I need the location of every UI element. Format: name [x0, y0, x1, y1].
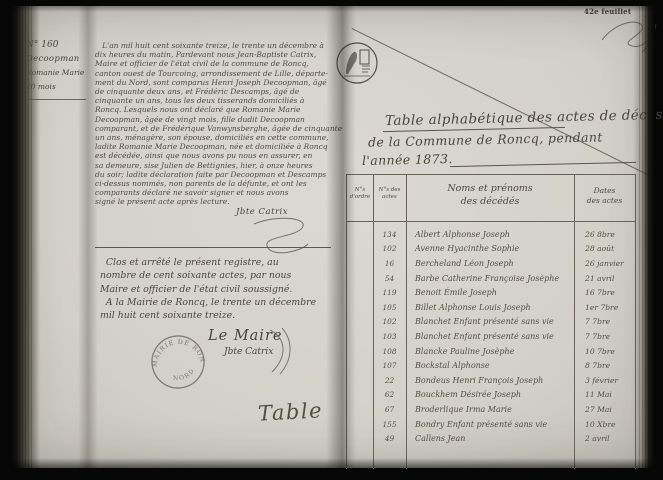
date-cell: 26 janvier [574, 259, 635, 268]
date-cell: 10 7bre [574, 347, 635, 356]
name-cell: Blanchet Enfant présenté sans vie [406, 317, 574, 326]
name-cell: Callens Jean [406, 434, 574, 443]
margin-act-number: N° 160 [26, 38, 92, 52]
table-row: 134Albert Alphonse Joseph26 8bre [347, 227, 635, 242]
closing-text-line: Maire et officier de l'état civil soussi… [100, 283, 340, 296]
header-order-no: N°s d'ordre [347, 187, 373, 201]
svg-text:MAIRIE DE RONCQ: MAIRIE DE RONCQ [142, 326, 206, 377]
table-rows: 134Albert Alphonse Joseph26 8bre102Avenn… [347, 227, 635, 446]
table-row: 16Bercheland Léon Joseph26 janvier [347, 256, 635, 271]
margin-rule [28, 99, 86, 100]
table-row: 107Bockstal Alphonse8 7bre [347, 358, 635, 373]
act-text-line: un ans, ménagère, son épouse, domiciliés… [95, 133, 337, 142]
margin-surname: Decoopman [26, 52, 92, 66]
act-text-line: comparants déclaré ne savoir signer et n… [95, 188, 337, 197]
date-cell: 3 février [574, 376, 635, 385]
date-cell: 2 avril [574, 434, 635, 443]
closing-text-line: nombre de cent soixante actes, par nous [100, 269, 340, 282]
name-cell: Avenne Hyacinthe Sophie [406, 244, 574, 253]
table-row: 119Benoit Émile Joseph16 7bre [347, 285, 635, 300]
table-header-rule [347, 221, 635, 222]
book-top-shadow [10, 6, 655, 12]
book-right-edge [633, 6, 655, 468]
act-number-cell: 54 [373, 274, 406, 283]
date-cell: 26 8bre [574, 230, 635, 239]
act-text-line: cinquante un ans, tous les deux tisseran… [95, 96, 337, 105]
name-cell: Bercheland Léon Joseph [406, 259, 574, 268]
margin-age: 20 mois [26, 80, 92, 94]
act-number-cell: 49 [373, 434, 406, 443]
signature-flourish-icon [248, 214, 318, 260]
name-cell: Bockstal Alphonse [406, 361, 574, 370]
date-cell: 21 avril [574, 274, 635, 283]
act-number-cell: 102 [373, 317, 406, 326]
margin-given-names: Romanie Marie [26, 66, 92, 80]
act-text-line: Maire et officier de l'état civil de la … [95, 59, 337, 68]
act-text-line: est décédée, ainsi que nous avons pu nou… [95, 151, 337, 160]
table-row: 105Billet Alphonse Louis Joseph1er 7bre [347, 300, 635, 315]
table-row: 102Avenne Hyacinthe Sophie28 août [347, 242, 635, 257]
closing-text-line: mil huit cent soixante treize. [100, 309, 340, 322]
date-cell: 10 Xbre [574, 420, 635, 429]
page-stack-streaks-right [639, 6, 651, 468]
register-book-scan: N° 160 Decoopman Romanie Marie 20 mois L… [10, 6, 655, 468]
act-number-cell: 108 [373, 347, 406, 356]
table-title-line3: l'année 1873. [362, 151, 453, 168]
act-number-cell: 134 [373, 230, 406, 239]
closing-text-line: A la Mairie de Roncq, le trente un décem… [100, 296, 340, 309]
folio-label: 42e feuillet [584, 7, 631, 16]
header-dates: Dates des actes [574, 186, 635, 206]
act-number-cell: 16 [373, 259, 406, 268]
name-cell: Bouckhem Désirée Joseph [406, 390, 574, 399]
stamp-bottom-text: NORD [170, 366, 198, 384]
table-row: 49Callens Jean2 avril [347, 431, 635, 446]
act-text-line: de cinquante deux ans, et Frédéric Desca… [95, 87, 337, 96]
archive-stamp-icon [334, 40, 380, 86]
mayor-signature: Jbte Catrix [224, 347, 273, 357]
act-text-line: ment du Nord, sont comparus Henri Joseph… [95, 78, 337, 87]
date-cell: 7 7bre [574, 317, 635, 326]
header-act-no: N°s des actes [373, 187, 406, 201]
name-cell: Broderlique Irma Marie [406, 405, 574, 414]
mairie-stamp-icon: MAIRIE DE RONCQ NORD [142, 326, 215, 399]
table-row: 62Bouckhem Désirée Joseph11 Mai [347, 388, 635, 403]
act-text-line: ladite Romanie Marie Decoopman, née et d… [95, 142, 337, 151]
act-text-line: canton ouest de Tourcoing, arrondissemen… [95, 69, 337, 78]
name-cell: Benoit Émile Joseph [406, 288, 574, 297]
date-cell: 28 août [574, 244, 635, 253]
table-row: 108Blancke Pauline Josèphe10 7bre [347, 344, 635, 359]
table-row: 54Barbe Catherine Françoise Josèphe21 av… [347, 271, 635, 286]
act-number-cell: 119 [373, 288, 406, 297]
stamp-top-text: MAIRIE DE RONCQ [142, 326, 206, 377]
act-number-cell: 107 [373, 361, 406, 370]
name-cell: Blanchet Enfant présenté sans vie [406, 332, 574, 341]
header-dates-line1: Dates [574, 186, 635, 196]
table-row: 67Broderlique Irma Marie27 Mai [347, 402, 635, 417]
table-row: 103Blanchet Enfant présenté sans vie7 7b… [347, 329, 635, 344]
table-caption-word: Table [257, 398, 323, 425]
name-cell: Bondry Enfant présenté sans vie [406, 420, 574, 429]
act-text-line: L'an mil huit cent soixante treize, le t… [95, 41, 337, 50]
date-cell: 27 Mai [574, 405, 635, 414]
act-number-cell: 62 [373, 390, 406, 399]
act-number-cell: 155 [373, 420, 406, 429]
act-text-line: comparant, et de Frédérique Vanwynsbergh… [95, 124, 337, 133]
header-dates-line2: des actes [574, 196, 635, 206]
header-names: Noms et prénoms des décédés [406, 182, 574, 208]
closing-text-line: Clos et arrêté le présent registre, au [100, 256, 340, 269]
table-row: 155Bondry Enfant présenté sans vie10 Xbr… [347, 417, 635, 432]
act-text-line: du soir; ladite déclaration faite par De… [95, 170, 337, 179]
header-names-line1: Noms et prénoms [406, 182, 574, 195]
closing-statement-text: Clos et arrêté le présent registre, auno… [100, 256, 340, 322]
title-trailing-rule [450, 162, 636, 167]
act-number-cell: 105 [373, 303, 406, 312]
act-text-line: signé le présent acte après lecture. [95, 197, 337, 206]
act-separator-rule [95, 247, 331, 248]
act-text-line: ci-dessus nommés, non parents de la défu… [95, 179, 337, 188]
act-text-line: Roncq. Lesquels nous ont déclaré que Rom… [95, 105, 337, 114]
deaths-index-table: N°s d'ordre N°s des actes Noms et prénom… [346, 174, 636, 469]
name-cell: Billet Alphonse Louis Joseph [406, 303, 574, 312]
date-cell: 8 7bre [574, 361, 635, 370]
act-text-line: dix heures du matin, Pardevant nous Jean… [95, 50, 337, 59]
name-cell: Barbe Catherine Françoise Josèphe [406, 274, 574, 283]
act-number-cell: 103 [373, 332, 406, 341]
date-cell: 11 Mai [574, 390, 635, 399]
header-names-line2: des décédés [406, 195, 574, 208]
date-cell: 7 7bre [574, 332, 635, 341]
svg-text:NORD: NORD [170, 366, 198, 384]
table-title-line2: de la Commune de Roncq, pendant [368, 129, 603, 149]
date-cell: 1er 7bre [574, 303, 635, 312]
date-cell: 16 7bre [574, 288, 635, 297]
name-cell: Bondeus Henri François Joseph [406, 376, 574, 385]
table-row: 102Blanchet Enfant présenté sans vie7 7b… [347, 315, 635, 330]
paraph-mark-icon [598, 16, 660, 54]
table-row: 22Bondeus Henri François Joseph3 février [347, 373, 635, 388]
act-text-line: sa demeure, sise Julien de Bettignies, h… [95, 161, 337, 170]
act-number-cell: 102 [373, 244, 406, 253]
margin-note: N° 160 Decoopman Romanie Marie 20 mois [26, 38, 92, 94]
death-act-text: L'an mil huit cent soixante treize, le t… [95, 41, 337, 207]
act-text-line: Decoopman, âgée de vingt mois, fille dud… [95, 115, 337, 124]
name-cell: Albert Alphonse Joseph [406, 230, 574, 239]
act-number-cell: 22 [373, 376, 406, 385]
act-number-cell: 67 [373, 405, 406, 414]
name-cell: Blancke Pauline Josèphe [406, 347, 574, 356]
table-title-line1: Table alphabétique des actes de décès [385, 107, 663, 129]
